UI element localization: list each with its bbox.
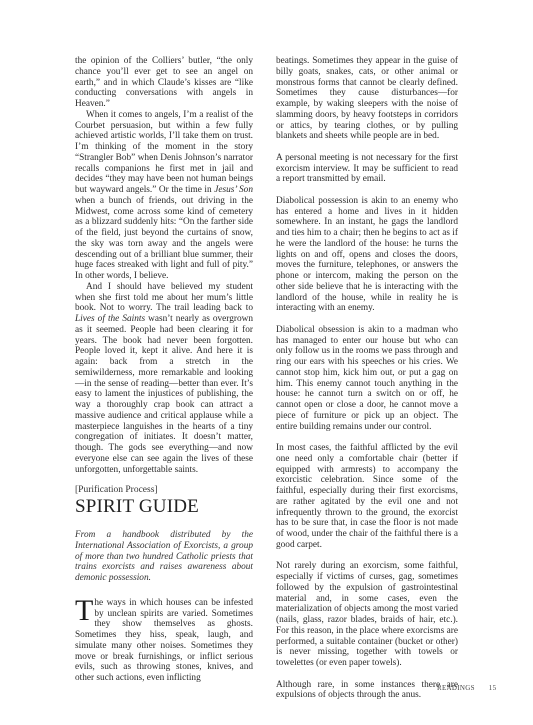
paragraph: A personal meeting is not necessary for …: [276, 153, 458, 185]
drop-cap: T: [75, 599, 93, 623]
paragraph-text: when a bunch of friends, out driving in …: [75, 196, 253, 281]
paragraph: And I should have believed my student wh…: [75, 282, 253, 476]
body-text: he ways in which houses can be infested …: [75, 598, 253, 683]
paragraph: In most cases, the faithful afflicted by…: [276, 443, 458, 551]
right-column: beatings. Sometimes they appear in the g…: [276, 56, 458, 701]
section-kicker: [Purification Process]: [75, 485, 253, 496]
left-column: the opinion of the Colliers’ butler, “th…: [75, 56, 253, 475]
article-headline: SPIRIT GUIDE: [75, 497, 253, 517]
paragraph: Diabolical obsession is akin to a madman…: [276, 325, 458, 433]
paragraph: Although rare, in some instances there a…: [276, 680, 458, 702]
paragraph-text: wasn’t nearly as overgrown as it seemed.…: [75, 314, 253, 475]
paragraph: When it comes to angels, I’m a realist o…: [75, 110, 253, 282]
page-number: 15: [489, 684, 497, 692]
paragraph-text: And I should have believed my student wh…: [75, 282, 253, 314]
paragraph: Diabolical possession is akin to an enem…: [276, 196, 458, 314]
magazine-page: the opinion of the Colliers’ butler, “th…: [0, 0, 533, 725]
paragraph: beatings. Sometimes they appear in the g…: [276, 56, 458, 142]
section-label: READINGS: [437, 684, 475, 692]
article-dek: From a handbook distributed by the Inter…: [75, 530, 253, 584]
article-body: The ways in which houses can be infested…: [75, 598, 253, 684]
paragraph: Not rarely during an exorcism, some fait…: [276, 561, 458, 669]
book-title: Jesus’ Son: [214, 185, 253, 195]
book-title: Lives of the Saints: [75, 314, 145, 324]
page-footer: READINGS15: [437, 684, 496, 692]
article-section: [Purification Process] SPIRIT GUIDE From…: [75, 485, 253, 684]
paragraph: the opinion of the Colliers’ butler, “th…: [75, 56, 253, 110]
paragraph-text: When it comes to angels, I’m a realist o…: [75, 110, 253, 195]
